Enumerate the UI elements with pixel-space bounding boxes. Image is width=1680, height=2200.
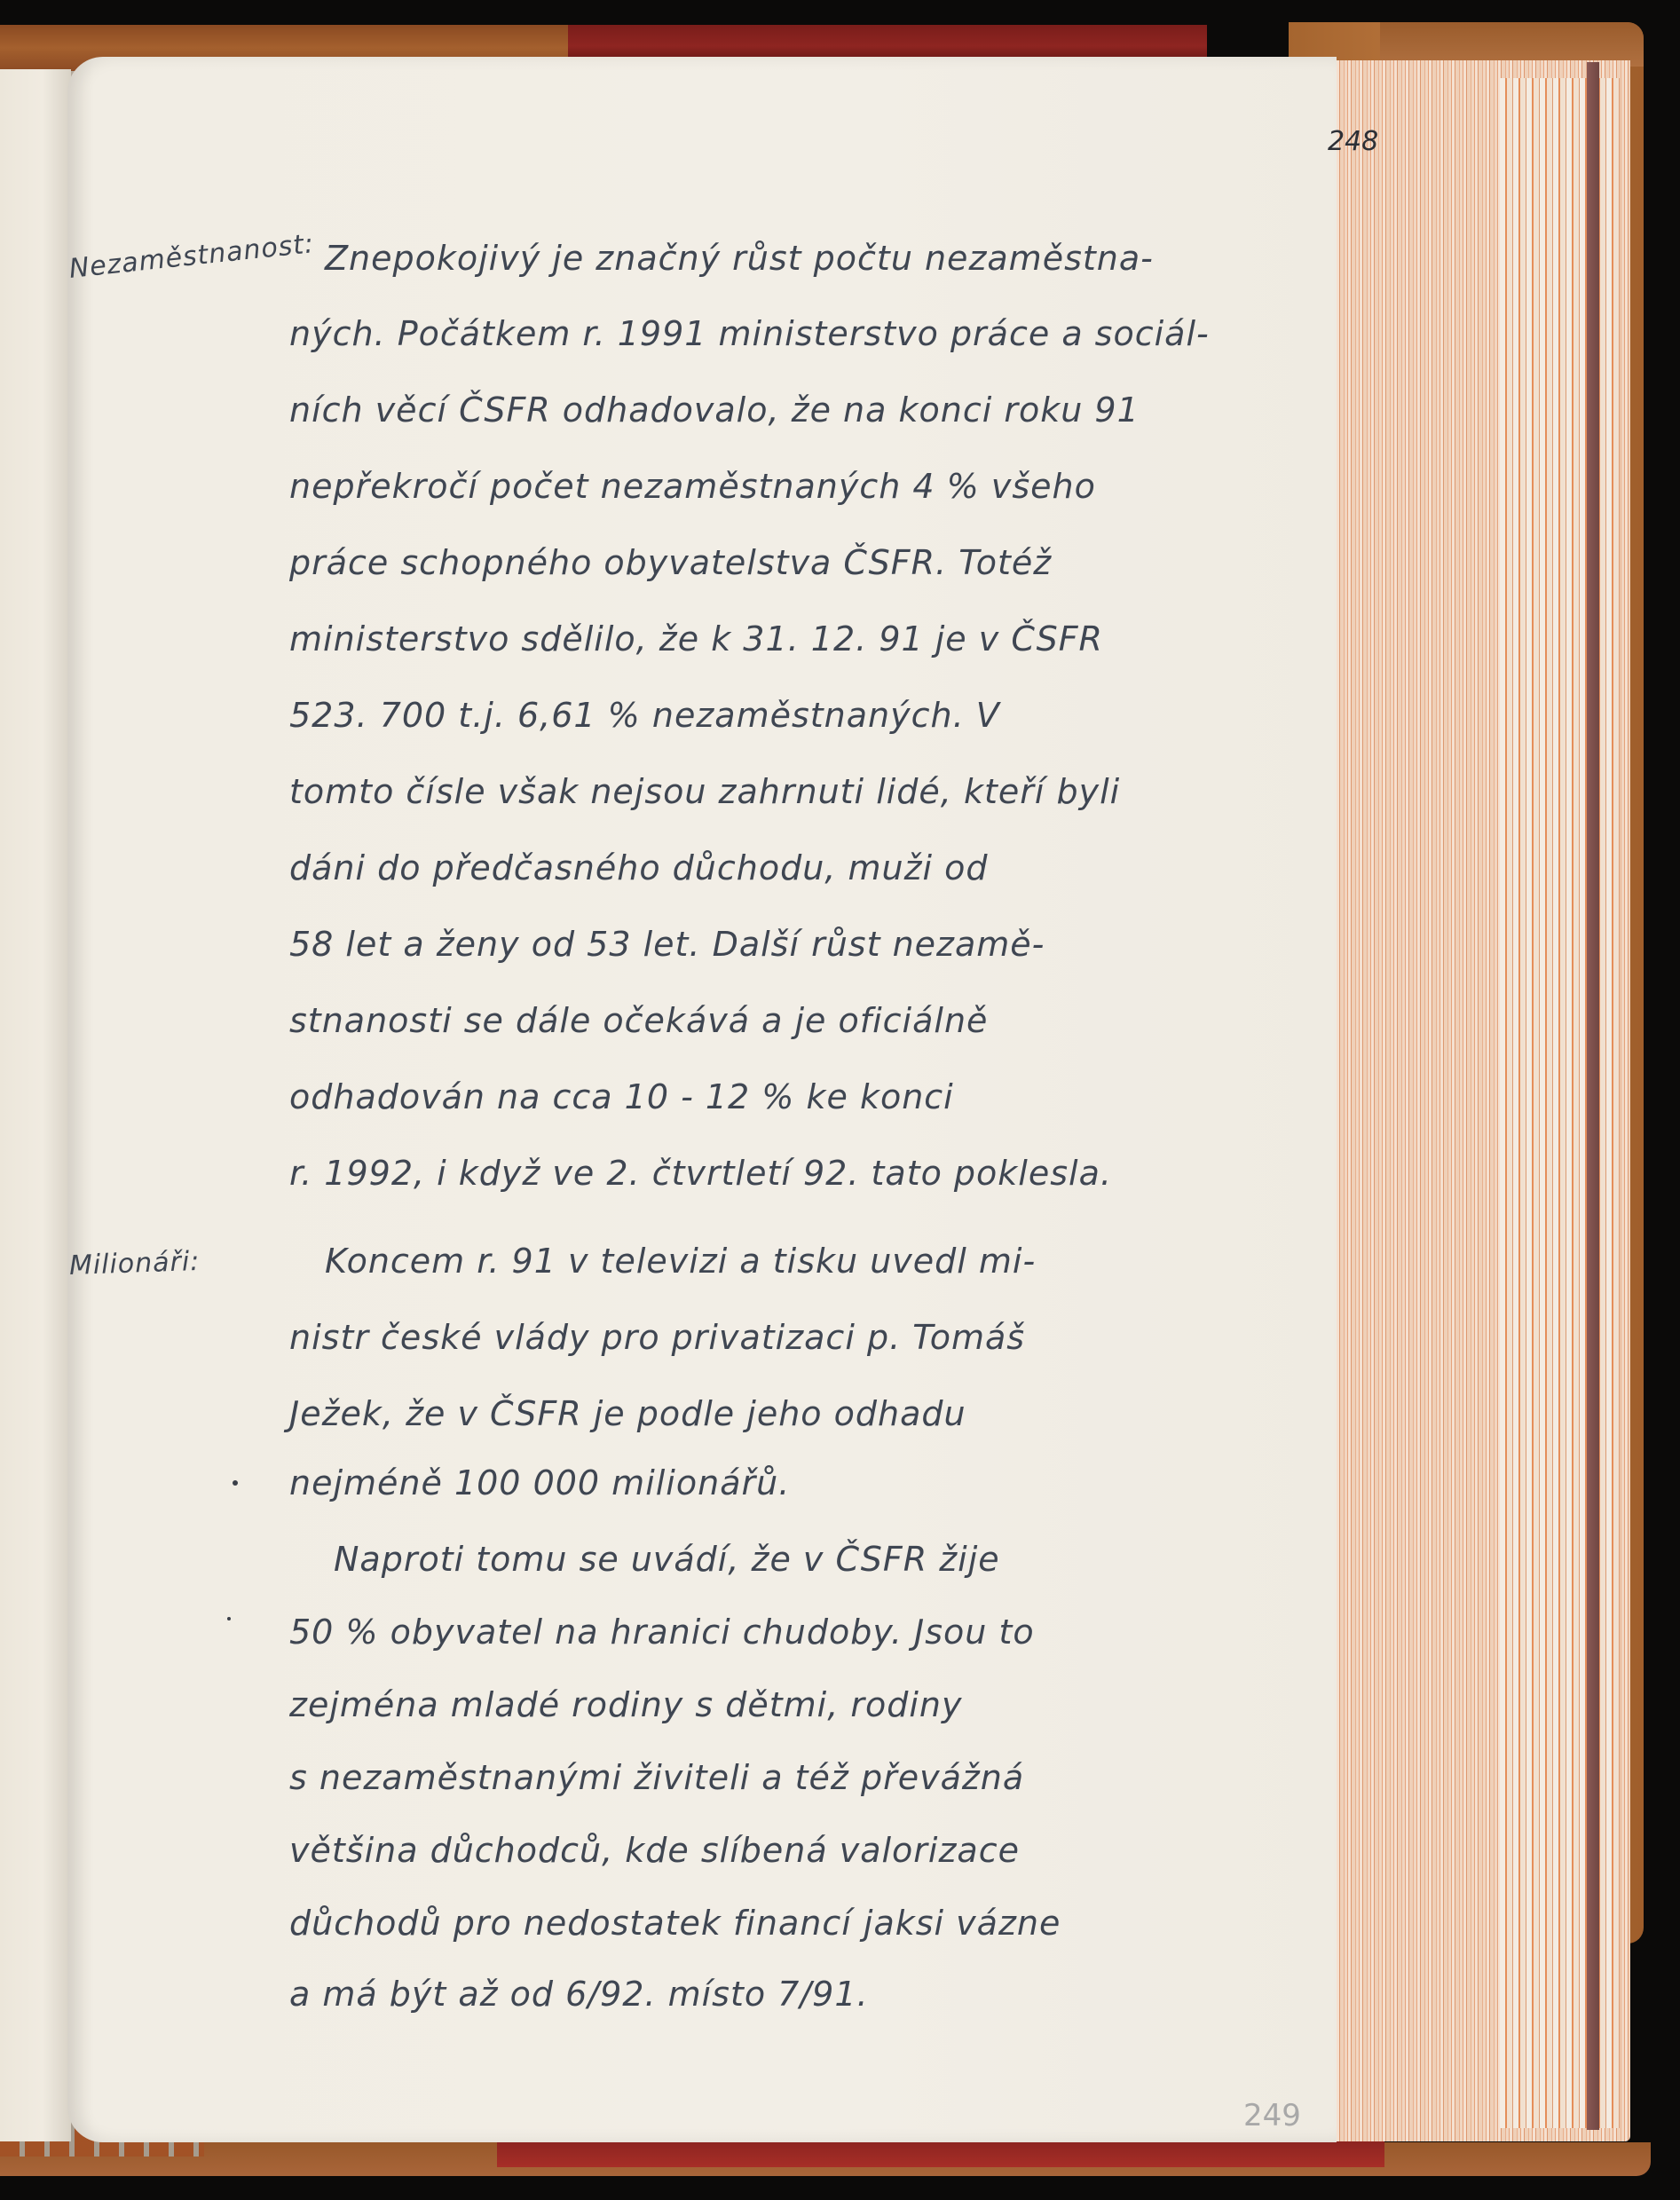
text-line: odhadován na cca 10 - 12 % ke konci — [289, 1077, 954, 1116]
book-binding-red-bottom — [497, 2141, 1384, 2167]
text-line: dáni do předčasného důchodu, muži od — [289, 848, 989, 887]
text-line: ních věcí ČSFR odhadovalo, že na konci r… — [289, 390, 1140, 430]
text-line: Znepokojivý je značný růst počtu nezaměs… — [325, 239, 1154, 278]
text-line: práce schopného obyvatelstva ČSFR. Totéž — [289, 543, 1052, 582]
pencil-page-number: 249 — [1243, 2098, 1301, 2133]
text-line: a má být až od 6/92. místo 7/91. — [289, 1975, 869, 2014]
text-line: většina důchodců, kde slíbená valorizace — [289, 1831, 1020, 1870]
book-binding-red-top — [568, 25, 1207, 60]
text-line: 50 % obyvatel na hranici chudoby. Jsou t… — [289, 1613, 1035, 1652]
text-line: s nezaměstnanými živiteli a též převážná — [289, 1758, 1024, 1797]
left-page-edge — [0, 69, 71, 2141]
manuscript-page: 248 Nezaměstnanost: Znepokojivý je značn… — [67, 57, 1337, 2142]
text-line: ministerstvo sdělilo, že k 31. 12. 91 je… — [289, 619, 1103, 658]
text-line: zejména mladé rodiny s dětmi, rodiny — [289, 1685, 963, 1724]
text-line: Ježek, že v ČSFR je podle jeho odhadu — [289, 1394, 966, 1433]
page-number: 248 — [1328, 126, 1378, 157]
text-line: ných. Počátkem r. 1991 ministerstvo prác… — [289, 314, 1210, 353]
margin-dot — [227, 1617, 231, 1620]
endpaper-strip — [1587, 62, 1599, 2130]
text-line: tomto čísle však nejsou zahrnuti lidé, k… — [289, 772, 1120, 811]
margin-dot — [233, 1480, 238, 1486]
text-line: stnanosti se dále očekává a je oficiálně — [289, 1001, 988, 1040]
text-line: 523. 700 t.j. 6,61 % nezaměstnaných. V — [289, 696, 1000, 735]
text-line: nepřekročí počet nezaměstnaných 4 % všeh… — [289, 467, 1096, 506]
section-label: Nezaměstnanost: — [67, 228, 316, 285]
fore-edge-pages-inner — [1500, 78, 1620, 2128]
text-line: důchodů pro nedostatek financí jaksi váz… — [289, 1904, 1061, 1943]
text-line: nistr české vlády pro privatizaci p. Tom… — [289, 1318, 1025, 1357]
text-line: r. 1992, i když ve 2. čtvrtletí 92. tato… — [289, 1154, 1112, 1193]
text-line: Koncem r. 91 v televizi a tisku uvedl mi… — [325, 1242, 1036, 1281]
text-line: 58 let a ženy od 53 let. Další růst neza… — [289, 925, 1045, 964]
section-label: Milionáři: — [68, 1246, 201, 1281]
text-line: Naproti tomu se uvádí, že v ČSFR žije — [334, 1540, 1000, 1579]
text-line: nejméně 100 000 milionářů. — [289, 1463, 790, 1502]
